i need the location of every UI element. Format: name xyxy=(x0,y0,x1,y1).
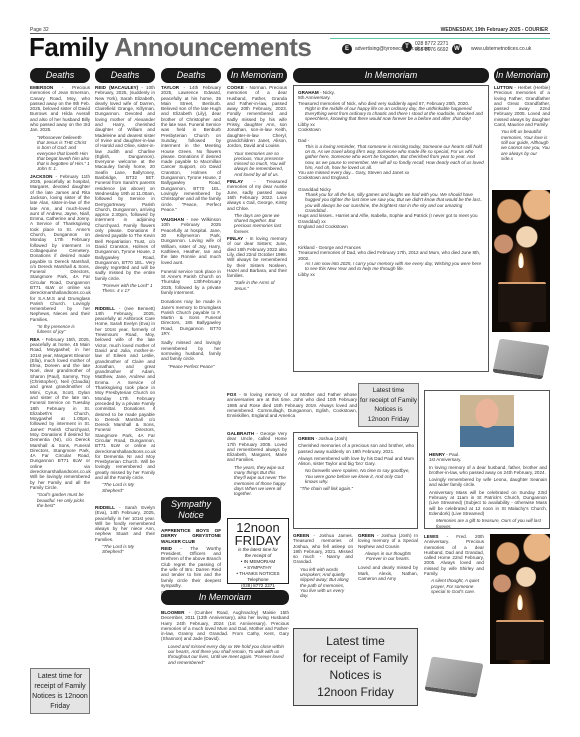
latest-time-box-1: Latest time for receipt of Family Notice… xyxy=(30,668,90,714)
notice-signature: Loved and dearly missed by Mark, Alexis,… xyxy=(358,565,418,581)
web-contact[interactable]: Wwww.ulsternetnotices.co.uk xyxy=(452,44,531,54)
notice-name: EMERSON xyxy=(30,85,53,90)
henry-photo xyxy=(460,395,514,447)
title-family: Family xyxy=(29,32,108,62)
notice-name: GRAHAM xyxy=(298,90,319,95)
notice-verse: As I am now into 2025, I carry your memo… xyxy=(298,261,484,272)
notice-name: REID (MACAULEY) xyxy=(95,85,138,90)
notice-text: - February 11th 2025, peacefully at hosp… xyxy=(30,174,91,322)
notice-cooke: COOKE - Norman. Precious memories of a d… xyxy=(227,85,287,149)
notice-text: - Fred. 20th Anniversary. Precious memor… xyxy=(424,534,484,576)
title-announcements: Announcements xyxy=(114,32,311,62)
section-header-memoriam-4: In Memoriam xyxy=(161,590,289,605)
section-header-memoriam-3: In Memoriam xyxy=(494,68,550,83)
flame-icon xyxy=(518,252,524,268)
latest-line: 12noon Friday xyxy=(359,415,418,425)
page-title: Family Announcements xyxy=(29,34,311,60)
notice-henry: HENRY - Paul. 1st Anniversary. In loving… xyxy=(429,452,547,531)
notice-name: LEWIS xyxy=(424,534,439,539)
notice-signature: Libby xx xyxy=(298,272,484,277)
notice-text: Funeral service took place in St Anne's … xyxy=(161,269,221,295)
notice-signature: Cookstown xyxy=(298,127,484,132)
notice-emerson: EMERSON - Precious memories of Jean Emer… xyxy=(30,85,90,133)
notice-reid: REID (MACAULEY) - 10th February, 2025, (… xyxy=(95,85,155,281)
notice-bloomer: BLOOMER - (Cumber Road, Aughnacloy) Mais… xyxy=(161,610,289,667)
flame-icon xyxy=(517,594,523,610)
column-deaths-1: EMERSON - Precious memories of Jean Emer… xyxy=(30,85,90,510)
candle-image-1 xyxy=(492,190,550,332)
notice-fox: FOX - In loving memory of our Mother and… xyxy=(227,392,357,420)
phone-2: 028 8676 6692 xyxy=(415,47,448,53)
section-header-deaths-3: Deaths xyxy=(161,68,221,83)
latest-line: for receipt of Family xyxy=(359,396,418,406)
notice-text: - Joshua (Josh) xyxy=(314,436,347,441)
notice-text: - (nee Bennett) 14th February, 2025, pea… xyxy=(95,306,156,481)
notice-text: - Treasured memories of my dear Auntie J… xyxy=(227,179,287,210)
notice-verse: Memories are a gift to treasure, Ours of… xyxy=(429,518,547,529)
notice-verse: "Whosoever believeth that Jesus is THE C… xyxy=(30,135,90,172)
notice-text: Always remembered with love by his Dad P… xyxy=(298,456,414,467)
notice-name: GREEN xyxy=(358,533,374,538)
notice-text: - 14th February 2025, Lawrence Edward, p… xyxy=(161,85,221,212)
notice-rea: REA - February 15th, 2025, peacefully at… xyxy=(30,337,90,491)
notice-verse: "Safe in the Arms of Jesus." xyxy=(227,280,287,291)
notice-text: - (Cumber Road, Aughnacloy) Maisie 15th … xyxy=(161,610,289,641)
bible-icon xyxy=(424,656,483,697)
notice-green-3: GREEN - Joshua (Josh) In loving memory o… xyxy=(358,533,418,583)
notice-text: - The Worthy President, Officers and Bre… xyxy=(161,546,221,588)
notice-text: - Sarah Evelyn (Eva), 14th February, 202… xyxy=(95,505,155,542)
notice-taylor: TAYLOR - 14th February 2025, Lawrence Ed… xyxy=(161,85,221,212)
notice-text: Anniversary Mass will be celebrated on S… xyxy=(429,490,547,516)
green-divider xyxy=(330,38,550,39)
notice-name: REID xyxy=(161,546,172,551)
notice-text: Treasured memories of Dad, who died Febr… xyxy=(298,250,484,261)
column-deaths-3: TAYLOR - 14th February 2025, Lawrence Ed… xyxy=(161,85,221,371)
notice-name: LUTTON xyxy=(494,85,513,90)
notice-verse: "The chain will link again." xyxy=(298,486,414,491)
column-memoriam-1: COOKE - Norman. Precious memories of a d… xyxy=(227,85,287,293)
notice-verse: Thank you for all the fun, silly games a… xyxy=(298,192,484,213)
notice-text: - Norman. Precious memories of a dear Hu… xyxy=(227,85,287,148)
section-header-deaths-1: Deaths xyxy=(30,68,90,83)
email-icon: E xyxy=(342,44,352,54)
notice-verse: "Forever with the Lord" 1 Thess. 4 v 17 xyxy=(95,283,155,294)
notice-lewis: LEWIS - Fred. 20th Anniversary. Precious… xyxy=(424,534,484,596)
notice-text: Hugs and kisses.. Harriet and Alfie, Isa… xyxy=(298,213,484,224)
notice-text: - Precious memories of Jean Emerson, Can… xyxy=(30,85,90,132)
notice-text: Cookstown and England. xyxy=(298,175,484,180)
notice-name: FINLAY xyxy=(227,179,243,184)
notice-verse: "Peace Perfect Peace" xyxy=(161,364,221,369)
notice-text: - February 15th, 2025, peacefully at hom… xyxy=(30,337,91,490)
notice-verse: Everything went from ordinary to chaotic… xyxy=(298,111,484,122)
notice-name: REA xyxy=(30,337,40,342)
deadline-day: FRIDAY xyxy=(228,534,288,547)
notice-name: HENRY xyxy=(429,452,445,457)
bible-icon xyxy=(492,338,549,379)
phone-icon: T xyxy=(402,42,412,52)
website-text[interactable]: www.ulsternetnotices.co.uk xyxy=(471,46,531,52)
notice-text: - Paul. xyxy=(445,452,460,457)
section-header-sympathy: Sympathy Notice xyxy=(161,497,221,523)
notice-green-1: GREEN - Joshua (Josh) Cherished memories… xyxy=(298,436,414,494)
latest-line: Latest time xyxy=(359,386,418,396)
notice-galbraith: GALBRAITH - George Very dear Uncle, call… xyxy=(227,431,287,499)
notice-text: England and Cookstown xyxy=(298,224,484,229)
notice-verse: No farewells were spoken, No time to say… xyxy=(298,468,414,484)
notice-verse: "The Lord is My Shepherd" xyxy=(95,482,155,493)
notice-verse: You left us beautiful memories, Your lov… xyxy=(494,129,550,161)
deadline-phone: (028) 8772 2271 xyxy=(228,583,288,589)
notice-verse: The years, they wipe out many things But… xyxy=(227,465,287,497)
notice-name: RIDDELL xyxy=(95,505,115,510)
notice-green-2: GREEN - Joshua James. Treasured memories… xyxy=(293,533,353,601)
notice-verse: Always in our thoughts Forever in our he… xyxy=(358,551,418,562)
notice-verse: This is a loving reminder, That someone … xyxy=(298,144,484,170)
column-deaths-2: REID (MACAULEY) - 10th February, 2025, (… xyxy=(95,85,155,557)
notice-text: - George Very dear Uncle, called Home 17… xyxy=(227,431,287,462)
phone-contact: T028 8772 2271028 8676 6692 xyxy=(402,41,448,53)
notice-name: BLOOMER xyxy=(161,610,184,615)
notice-graham: GRAHAM - Nicky. 5th Anniversary. Treasur… xyxy=(298,90,484,279)
web-icon: W xyxy=(452,44,462,54)
latest-line: Notices is xyxy=(359,405,418,415)
notice-text: 1st Anniversary. xyxy=(429,457,547,462)
notice-finlay-2: FINLAY - In loving memory of our dear Si… xyxy=(227,236,287,278)
notice-text: - nee Wilkinson 10th February 2025 Peace… xyxy=(161,217,221,264)
section-header-memoriam-1: In Memoriam xyxy=(227,68,287,83)
notice-name: GREEN xyxy=(293,533,309,538)
notice-vaughan: VAUGHAN - nee Wilkinson 10th February 20… xyxy=(161,217,221,265)
notice-text: In loving memory of a dear husband, fath… xyxy=(429,465,547,476)
notice-text: Sadly missed and lovingly remembered by … xyxy=(161,340,221,361)
notice-verse: You left with words unspoken; And quietl… xyxy=(293,567,353,599)
notice-verse: "God's garden must be beautiful. He only… xyxy=(30,492,90,508)
section-header-deaths-2: Deaths xyxy=(95,68,155,83)
notice-name: APPRENTICE BOYS OF DERRY GREYSTONE WALKE… xyxy=(161,528,221,544)
notice-name: RIDDELL xyxy=(95,306,115,311)
notice-text: - Nicky. xyxy=(319,90,335,95)
notice-text: - Joshua James. Treasured memories of Jo… xyxy=(293,533,353,564)
notice-verse: "The Lord is My Shepherd" xyxy=(95,544,155,555)
notice-finlay-1: FINLAY - Treasured memories of my dear A… xyxy=(227,179,287,211)
notice-text: Donations may be made in Jane's memory t… xyxy=(161,299,221,336)
notice-name: GREEN xyxy=(298,436,314,441)
notice-name: JACKSON xyxy=(30,174,52,179)
notice-text: - In loving memory of our dear Sisters; … xyxy=(227,236,287,278)
latest-line: Notices is xyxy=(294,667,417,684)
latest-line: for receipt of Family xyxy=(294,650,417,667)
notice-text: Lovingly remembered by wife Leona, daugh… xyxy=(429,477,547,488)
deadline-box: 12noon FRIDAY is the latest time for the… xyxy=(227,518,289,584)
candle-icon xyxy=(496,620,544,660)
notice-text: Cherished memories of a precious son and… xyxy=(298,443,414,454)
notice-verse: Your memories are so precious, Your pres… xyxy=(227,151,287,177)
notice-riddell-2: RIDDELL - Sarah Evelyn (Eva), 14th Febru… xyxy=(95,505,155,542)
latest-time-box-3: Latest time for receipt of Family Notice… xyxy=(293,628,418,706)
notice-text: - In loving memory of our Mother and Fat… xyxy=(227,392,357,418)
notice-name: VAUGHAN xyxy=(161,217,184,222)
notice-riddell-1: RIDDELL - (nee Bennett) 14th February, 2… xyxy=(95,306,155,481)
notice-verse: The days are gone we shared together. Bu… xyxy=(227,213,287,234)
notice-text: - 10th February, 2025, (suddenly in New … xyxy=(95,85,155,281)
latest-time-box-2: Latest time for receipt of Family Notice… xyxy=(358,383,419,427)
candle-icon xyxy=(498,282,546,322)
notice-name: GALBRAITH xyxy=(227,431,254,436)
notice-name: TAYLOR xyxy=(161,85,179,90)
latest-line: 12noon Friday xyxy=(294,684,417,701)
notice-verse: Loved and missed every day xx We hold yo… xyxy=(161,644,289,665)
notice-jackson: JACKSON - February 11th 2025, peacefully… xyxy=(30,174,90,322)
notice-verse: "In thy presence is fulness of joy" xyxy=(30,324,90,335)
section-header-memoriam-2: In Memoriam xyxy=(293,68,489,83)
notice-name: FINLAY xyxy=(227,236,243,241)
candle-image-2 xyxy=(490,534,550,664)
latest-line: Latest time xyxy=(294,633,417,650)
notice-verse: A silent thought, A quiet prayer, For so… xyxy=(424,578,484,594)
notice-name: COOKE xyxy=(227,85,244,90)
notice-text: - Herbet (Herbie) Precious memories of a… xyxy=(494,85,550,127)
notice-lutton: LUTTON - Herbet (Herbie) Precious memori… xyxy=(494,85,550,163)
